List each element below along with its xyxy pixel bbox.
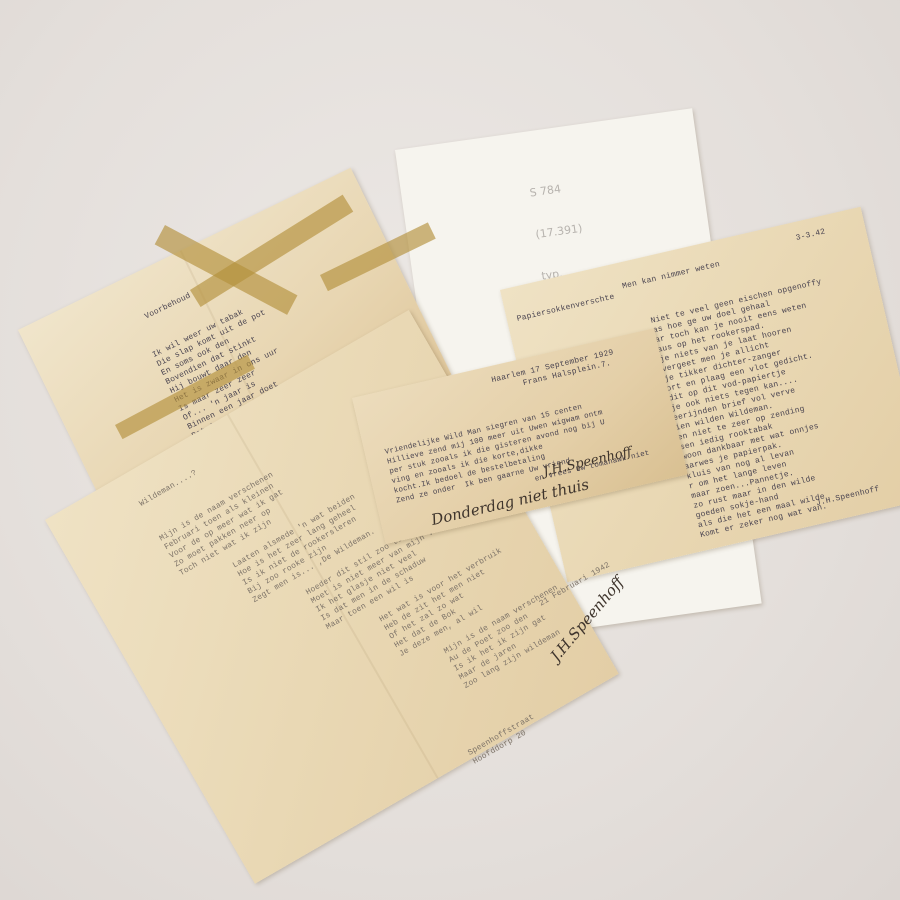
letter-body: Niet te veel geen eischen opgenoffyas ho… — [645, 258, 876, 560]
note-line: S 784 — [529, 171, 643, 201]
letter-date: 3-3.42 — [795, 227, 826, 243]
letter-title: Papiersokkenverschte — [516, 293, 616, 325]
note-line: (17.391) — [535, 213, 649, 243]
